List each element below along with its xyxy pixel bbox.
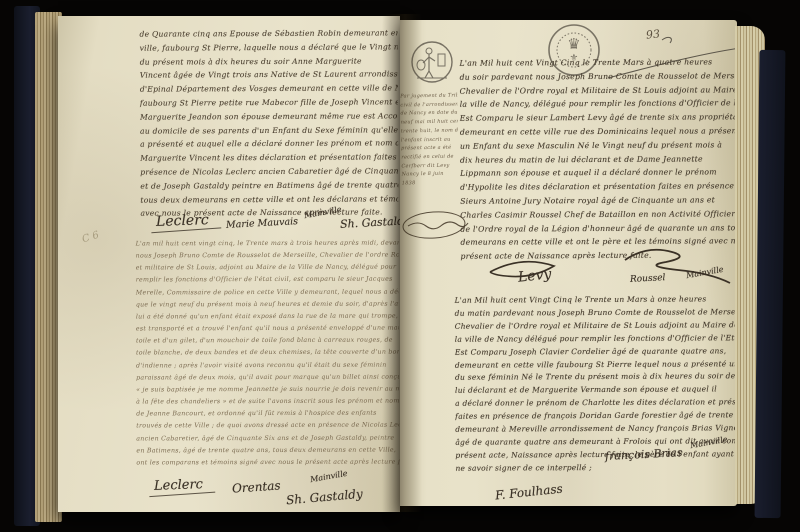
tower-icon [438,54,445,66]
handwritten-line: est transporté et a trouvé l'enfant qu'i… [136,323,399,336]
handwritten-line: Sieurs Antoine Jury Notaire royal âgé de… [460,193,735,208]
left-page: C 6 de Quarante cinq ans Epouse de Sébas… [58,16,400,512]
margin-note-line: rectifié en celui de [401,152,458,162]
handwritten-line: au domicile de ses parents d'un Enfant d… [140,123,398,138]
handwritten-line: d'Epinal Département des Vosges demeuran… [140,82,398,97]
handwritten-line: Chevalier de l'Ordre royal et Militaire … [455,319,735,333]
register-book-photo: C 6 de Quarante cinq ans Epouse de Sébas… [0,0,800,532]
crown-icon: ♛ [567,35,580,53]
right-record-1-text: L'an Mil huit cent Vingt Cinq le Trente … [459,55,735,263]
handwritten-line: du soir pardevant nous Joseph Bruno Comt… [460,69,735,84]
handwritten-line: un Enfant du sexe Masculin Né le Vingt n… [460,138,735,153]
handwritten-line: Est Comparu le sieur Lambert Levy âgé de… [460,110,735,125]
signature-mainville: Mainville [310,469,349,484]
right-page: ♛ ⚜ 93 Par jugement du Tribunalcivil de … [400,20,737,506]
handwritten-line: présent acte de Naissance après lecture … [460,248,735,263]
margin-rectification-note: Par jugement du Tribunalcivil de l'arron… [400,92,459,189]
left-margin-mark: C 6 [81,230,101,246]
handwritten-line: du matin pardevant nous Joseph Bruno Com… [455,306,735,320]
figure-shield-icon [417,60,425,70]
signature-mainville: Mainville [686,265,725,280]
signature-foulhass: F. Foulhass [494,481,563,502]
handwritten-line: « je suis baptisée je me nomme Jeannette… [136,383,399,396]
handwritten-line: d'indienne ; après l'avoir visité avons … [136,359,399,372]
signature-orentas: Orentas [232,478,281,495]
handwritten-line: Merelle, Commissaire de police en cette … [136,286,399,299]
handwritten-line: tous deux demeurans en cette ville et on… [140,192,398,207]
margin-paraph-squiggle [408,222,468,229]
signature-mauvais: Marie Mauvais [226,216,299,231]
handwritten-line: que le vingt neuf du présent mois à neuf… [136,298,399,311]
handwritten-line: ont les comparans et témoins signé avec … [136,456,399,469]
margin-paraph-oval [402,210,466,240]
handwritten-line: dix heures du matin de lui déclarant et … [460,152,735,167]
handwritten-line: L'an mil huit cent vingt cinq, le Trente… [136,238,399,251]
handwritten-line: Marguerite Jeandon son épouse demeurant … [140,109,398,124]
handwritten-line: Vincent âgée de Vingt trois ans Native d… [140,68,398,83]
handwritten-line: Lippmann son épouse et auquel il a décla… [460,166,735,181]
handwritten-line: la ville de Nancy, délégué pour remplir … [460,97,735,112]
handwritten-line: la ville de Nancy délégué pour remplir l… [455,332,735,346]
handwritten-line: et de Joseph Gastaldy peintre en Batimen… [140,178,398,193]
handwritten-line: en Batimens, âgé de trente quatre ans, t… [136,444,399,457]
flourish-curl [662,37,671,43]
handwritten-line: Chevalier de l'Ordre royal et Militaire … [460,83,735,98]
handwritten-line: de Quarante cinq ans Epouse de Sébastien… [139,26,397,41]
handwritten-line: nous Joseph Bruno Comte de Rousselot de … [136,250,399,263]
signature-levy: Levy [517,266,552,285]
signature-leclerc: Leclerc [156,212,209,230]
figure-tax-stamp-icon [410,40,454,84]
handwritten-line: toile blanche, de deux bandes et de deux… [136,347,399,360]
handwritten-line: remplir les fonctions d'Officier de l'ét… [136,274,399,287]
handwritten-line: et militaire de St Louis, adjoint au Mai… [136,262,399,275]
margin-note-line: 1838 [402,179,459,189]
handwritten-line: paraissant âgé de deux mois, qu'il avait… [136,371,399,384]
handwritten-line: demeurans en cette ville et ont le père … [460,235,735,250]
handwritten-line: de l'Ordre royal de la Légion d'honneur … [460,221,735,236]
signature-gastaldy: Sh. Gastaldy [286,487,364,508]
handwritten-line: demeurant en cette ville rue des Dominic… [460,124,735,139]
handwritten-line: ancien Cabaretier, âgé de Cinquante Six … [136,432,399,445]
book-cover-right [755,50,786,518]
handwritten-line: Est Comparu Joseph Clavier Cordelier âgé… [455,345,735,359]
handwritten-line: d'Hypolite les dites déclaration et prés… [460,179,735,194]
signature-roussel: Roussel [630,273,666,285]
handwritten-line: faubourg St Pierre petite rue Mabecor fi… [140,95,398,110]
signature-leclerc: Leclerc [154,477,203,494]
handwritten-line: Marguerite Vincent les dites déclaration… [140,150,398,165]
left-record-1-text: de Quarante cinq ans Epouse de Sébastien… [139,26,398,221]
handwritten-line: L'an Mil huit cent Vingt Cinq le Trente … [459,55,734,70]
handwritten-line: ville, faubourg St Pierre, laquelle nous… [140,40,398,55]
handwritten-line: à la fête des chandeliers » et de suite … [136,396,399,409]
page-number: 93 [645,27,660,41]
margin-note-line: trente huit, le nom de [401,126,458,136]
handwritten-line: lui a été donné qu'un enfant était expos… [136,310,399,323]
handwritten-line: présent acte, Naissance après lecture fa… [455,448,735,462]
handwritten-line: du présent mois à dix heures du soir Ann… [140,54,398,69]
handwritten-line: trouvés de cette Ville ; de quoi avons d… [136,420,399,433]
handwritten-line: a présenté et auquel elle a déclaré donn… [140,137,398,152]
handwritten-line: Charles Casimir Roussel Chef de Bataillo… [460,207,735,222]
left-record-2-text: L'an mil huit cent vingt cinq, le Trente… [136,238,400,470]
handwritten-line: présence de Nicolas Leclerc ancien Cabar… [140,164,398,179]
handwritten-line: ne savoir signer de ce interpellé ; [455,461,735,475]
handwritten-line: de Jeanne Bancourt, et ordonné qu'il fût… [136,408,399,421]
handwritten-line: toile et d'un gilet, d'un mouchoir de to… [136,335,399,348]
